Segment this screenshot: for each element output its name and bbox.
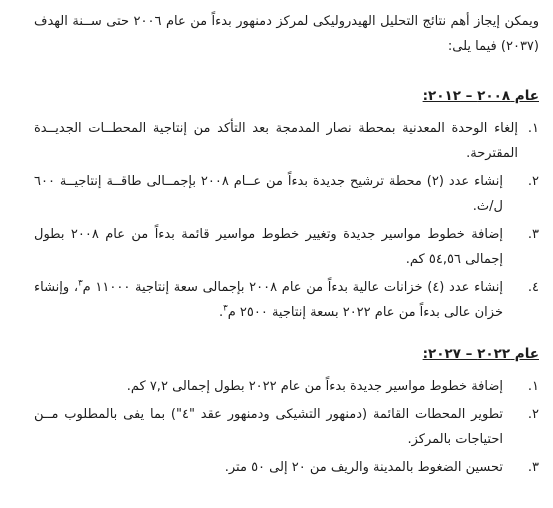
item-text: إضافة خطوط مواسير جديدة بدءاً من عام ٢٠٢… <box>34 374 503 399</box>
item-text: إضافة خطوط مواسير جديدة وتغيير خطوط مواس… <box>34 222 503 272</box>
section-heading-2022-2027: عام ٢٠٢٢ – ٢٠٢٧: <box>34 343 539 365</box>
item-text: إنشاء عدد (٤) خزانات عالية بدءاً من عام … <box>34 275 503 325</box>
section-heading-2008-2012: عام ٢٠٠٨ – ٢٠١٢: <box>34 85 539 107</box>
list-item: ٢. تطوير المحطات القائمة (دمنهور التشيكى… <box>34 402 539 452</box>
item-text: إنشاء عدد (٢) محطة ترشيح جديدة بدءاً من … <box>34 169 503 219</box>
intro-paragraph: ويمكن إيجاز أهم نتائج التحليل الهيدروليك… <box>34 9 539 59</box>
item-number: ٢. <box>503 402 539 452</box>
item-number: ٣. <box>503 455 539 480</box>
list-item: ٣. تحسين الضغوط بالمدينة والريف من ٢٠ إل… <box>34 455 539 480</box>
list-item: ١. إلغاء الوحدة المعدنية بمحطة نصار المد… <box>34 116 539 166</box>
item-text: إلغاء الوحدة المعدنية بمحطة نصار المدمجة… <box>34 116 518 166</box>
list-2022-2027: ١. إضافة خطوط مواسير جديدة بدءاً من عام … <box>34 374 539 480</box>
item-text-part: إنشاء عدد (٤) خزانات عالية بدءاً من عام … <box>83 280 503 295</box>
list-2008-2012: ١. إلغاء الوحدة المعدنية بمحطة نصار المد… <box>34 116 539 325</box>
item-text: تطوير المحطات القائمة (دمنهور التشيكى ود… <box>34 402 503 452</box>
document-page: ويمكن إيجاز أهم نتائج التحليل الهيدروليك… <box>0 0 553 508</box>
list-item: ٢. إنشاء عدد (٢) محطة ترشيح جديدة بدءاً … <box>34 169 539 219</box>
list-item: ١. إضافة خطوط مواسير جديدة بدءاً من عام … <box>34 374 539 399</box>
item-number: ٣. <box>503 222 539 272</box>
item-number: ١. <box>518 116 539 166</box>
item-number: ٢. <box>503 169 539 219</box>
item-number: ٤. <box>503 275 539 325</box>
item-number: ١. <box>503 374 539 399</box>
list-item: ٤. إنشاء عدد (٤) خزانات عالية بدءاً من ع… <box>34 275 539 325</box>
list-item: ٣. إضافة خطوط مواسير جديدة وتغيير خطوط م… <box>34 222 539 272</box>
item-text: تحسين الضغوط بالمدينة والريف من ٢٠ إلى ٥… <box>34 455 503 480</box>
